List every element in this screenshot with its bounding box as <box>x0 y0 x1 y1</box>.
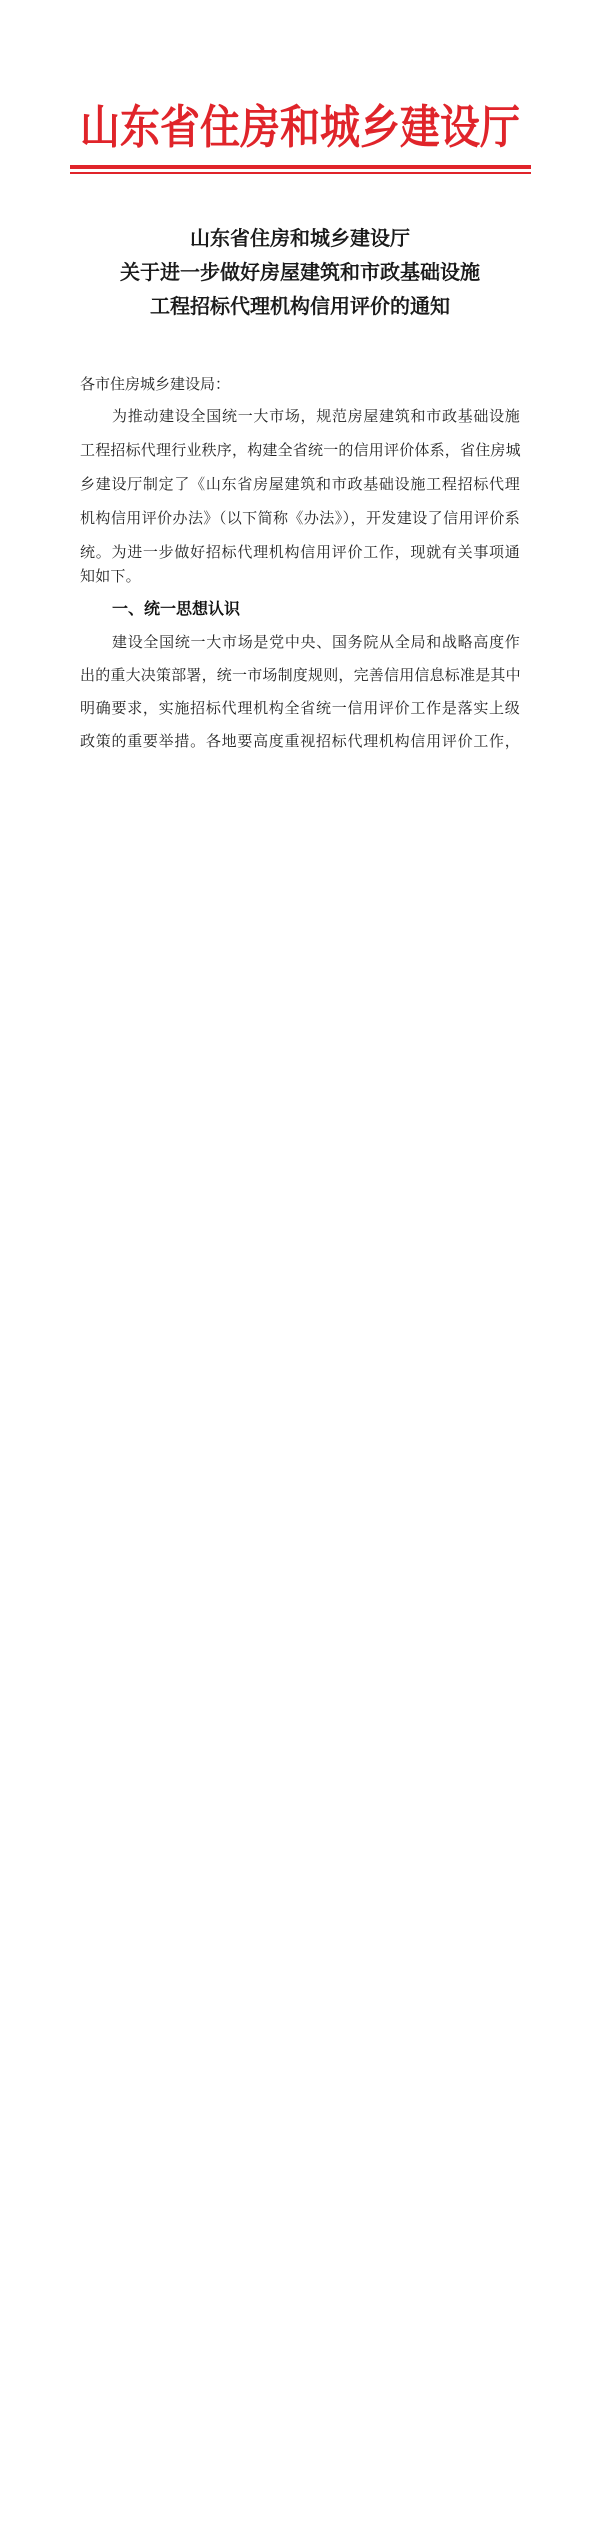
section-1-line: 出的重大决策部署，统一市场制度规则，完善信用信息标准是其中 <box>80 665 520 685</box>
section-1-line: 建设全国统一大市场是党中央、国务院从全局和战略高度作 <box>112 632 520 652</box>
doc-title-line-3: 工程招标代理机构信用评价的通知 <box>0 290 600 322</box>
intro-line: 工程招标代理行业秩序，构建全省统一的信用评价体系，省住房城 <box>80 440 520 460</box>
doc-title-line-2: 关于进一步做好房屋建筑和市政基础设施 <box>0 256 600 288</box>
section-heading-1: 一、统一思想认识 <box>112 599 240 619</box>
salutation: 各市住房城乡建设局： <box>80 374 230 394</box>
intro-line: 乡建设厅制定了《山东省房屋建筑和市政基础设施工程招标代理 <box>80 474 520 494</box>
letterhead-thick-rule <box>70 165 531 169</box>
doc-title-line-1: 山东省住房和城乡建设厅 <box>0 222 600 254</box>
letterhead-issuer: 山东省住房和城乡建设厅 <box>70 98 530 158</box>
intro-line: 知如下。 <box>80 566 520 586</box>
letterhead-thin-rule <box>70 172 531 174</box>
intro-line: 为推动建设全国统一大市场，规范房屋建筑和市政基础设施 <box>112 406 520 426</box>
intro-line: 统。为进一步做好招标代理机构信用评价工作，现就有关事项通 <box>80 542 520 562</box>
intro-line: 机构信用评价办法》（以下简称《办法》），开发建设了信用评价系 <box>80 508 520 528</box>
section-1-line: 明确要求，实施招标代理机构全省统一信用评价工作是落实上级 <box>80 698 520 718</box>
section-1-line: 政策的重要举措。各地要高度重视招标代理机构信用评价工作， <box>80 731 520 751</box>
